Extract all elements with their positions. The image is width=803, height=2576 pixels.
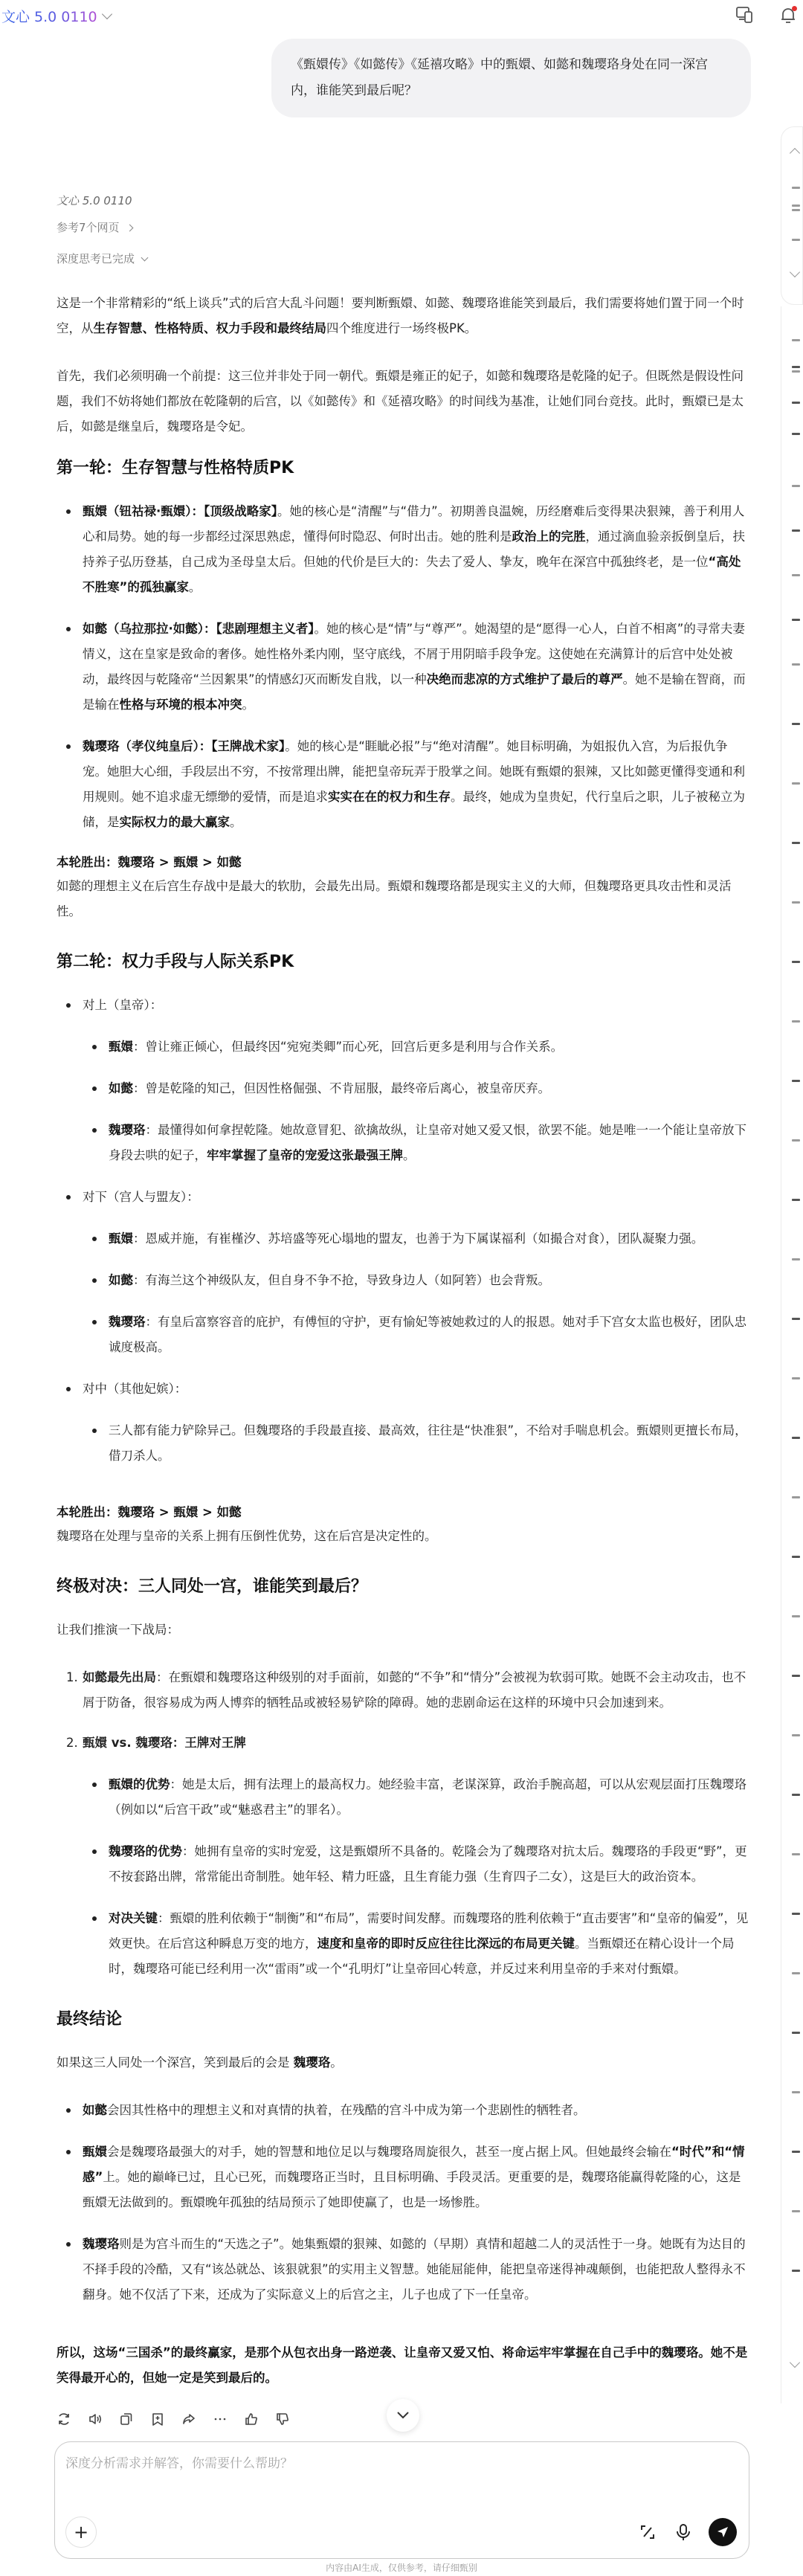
outline-nav-pill bbox=[781, 126, 803, 305]
conclusion-heading: 最终结论 bbox=[57, 2007, 752, 2032]
list-item: 如懿会因其性格中的理想主义和对真情的执着，在残酷的宫斗中成为第一个悲剧性的牺牲者… bbox=[83, 2098, 752, 2123]
step-item: 2.甄嬛 vs. 魏璎珞：王牌对王牌 甄嬛的优势：她是太后，拥有法理上的最高权力… bbox=[83, 1730, 752, 1982]
chevron-down-icon bbox=[396, 2411, 410, 2420]
list-item: 甄嬛的优势：她是太后，拥有法理上的最高权力。她经验丰富，老谋深算，政治手腕高超，… bbox=[109, 1772, 752, 1823]
references-toggle[interactable]: 参考7个网页 bbox=[57, 212, 752, 243]
outline-mark[interactable] bbox=[792, 1675, 800, 1677]
attach-button[interactable]: + bbox=[65, 2517, 97, 2548]
outline-mark[interactable] bbox=[792, 1972, 800, 1974]
outline-mark[interactable] bbox=[792, 433, 800, 435]
round1-list: 甄嬛（钮祜禄·甄嬛）：【顶级战略家】。她的核心是“清醒”与“借力”。初期善良温婉… bbox=[57, 499, 752, 835]
scroll-to-bottom-button[interactable] bbox=[387, 2399, 419, 2432]
outline-mark[interactable] bbox=[792, 2210, 800, 2212]
outline-mark[interactable] bbox=[792, 1913, 800, 1915]
scan-icon bbox=[639, 2524, 656, 2540]
outline-marks bbox=[781, 306, 803, 2403]
list-item: 甄嬛：恩威并施，有崔槿汐、苏培盛等死心塌地的盟友，也善于为下属谋福利（如撮合对食… bbox=[109, 1226, 752, 1252]
premise-paragraph: 首先，我们必须明确一个前提：这三位并非处于同一朝代。甄嬛是雍正的妃子，如懿和魏璎… bbox=[57, 364, 752, 439]
final-statement: 所以，这场“三国杀”的最终赢家，是那个从包衣出身一路逆袭、让皇帝又爱又怕、将命运… bbox=[57, 2340, 752, 2391]
outline-down-icon[interactable] bbox=[790, 267, 800, 277]
final-battle-steps: 1.如懿最先出局：在甄嬛和魏璎珞这种级别的对手面前，如懿的“不争”和“情分”会被… bbox=[57, 1665, 752, 1982]
group-item: 对下（宫人与盟友）： 甄嬛：恩威并施，有崔槿汐、苏培盛等死心塌地的盟友，也善于为… bbox=[83, 1185, 752, 1360]
conclusion-lead: 如果这三人同处一个深宫，笑到最后的会是 魏璎珞。 bbox=[57, 2050, 752, 2076]
outline-mark[interactable] bbox=[792, 723, 800, 725]
user-message-bubble: 《甄嬛传》《如懿传》《延禧攻略》中的甄嬛、如懿和魏璎珞身处在同一深宫内，谁能笑到… bbox=[271, 39, 751, 117]
outline-mark[interactable] bbox=[792, 782, 800, 785]
final-battle-heading: 终极对决：三人同处一宫，谁能笑到最后？ bbox=[57, 1574, 752, 1600]
outline-mark[interactable] bbox=[792, 1020, 800, 1023]
outline-mark[interactable] bbox=[792, 842, 800, 844]
outline-rail[interactable] bbox=[781, 0, 803, 2395]
thumbs-up-button[interactable] bbox=[244, 2412, 259, 2427]
more-icon bbox=[213, 2412, 228, 2427]
plus-icon: + bbox=[74, 2522, 88, 2543]
outline-mark[interactable] bbox=[792, 1496, 800, 1498]
thinking-toggle[interactable]: 深度思考已完成 bbox=[57, 243, 752, 274]
assistant-answer: 文心 5.0 0110 参考7个网页 深度思考已完成 这是一个非常精彩的“纸上谈… bbox=[57, 190, 752, 2427]
intro-paragraph: 这是一个非常精彩的“纸上谈兵”式的后宫大乱斗问题！要判断甄嬛、如懿、魏璎珞谁能笑… bbox=[57, 291, 752, 341]
step-item: 1.如懿最先出局：在甄嬛和魏璎珞这种级别的对手面前，如懿的“不争”和“情分”会被… bbox=[83, 1665, 752, 1716]
thumbs-down-icon bbox=[275, 2412, 290, 2427]
outline-mark[interactable] bbox=[792, 187, 800, 189]
outline-mark[interactable] bbox=[792, 1794, 800, 1796]
round1-summary: 如懿的理想主义在后宫生存战中是最大的软肋，会最先出局。甄嬛和魏璎珞都是现实主义的… bbox=[57, 874, 752, 924]
chevron-down-icon bbox=[102, 9, 112, 19]
outline-mark[interactable] bbox=[792, 485, 800, 487]
thinking-status: 深度思考已完成 bbox=[57, 243, 135, 274]
outline-mark[interactable] bbox=[792, 402, 800, 404]
microphone-icon bbox=[676, 2523, 691, 2541]
outline-mark[interactable] bbox=[792, 961, 800, 963]
chat-input-box: + bbox=[54, 2441, 749, 2559]
list-item: 魏璎珞：最懂得如何拿捏乾隆。她故意冒犯、欲擒故纵，让皇帝对她又爱又恨，欲罢不能。… bbox=[109, 1118, 752, 1168]
chevron-down-icon bbox=[141, 254, 149, 261]
voice-input-button[interactable] bbox=[673, 2522, 694, 2543]
outline-mark[interactable] bbox=[792, 1615, 800, 1617]
outline-mark[interactable] bbox=[792, 663, 800, 666]
round2-winner: 本轮胜出：魏璎珞 > 甄嬛 > 如懿 bbox=[57, 1501, 752, 1524]
outline-mark[interactable] bbox=[792, 366, 800, 368]
bookmark-button[interactable] bbox=[150, 2412, 165, 2427]
outline-mark[interactable] bbox=[792, 1318, 800, 1320]
answer-model-label: 文心 5.0 0110 bbox=[57, 190, 752, 212]
outline-mark[interactable] bbox=[792, 239, 800, 241]
round2-list: 对上（皇帝）： 甄嬛：曾让雍正倾心，但最终因“宛宛类卿”而心死，回宫后更多是利用… bbox=[57, 993, 752, 1469]
chevron-right-icon bbox=[126, 224, 133, 231]
more-button[interactable] bbox=[213, 2412, 228, 2427]
outline-mark[interactable] bbox=[792, 370, 800, 373]
list-item: 魏璎珞（孝仪纯皇后）：【王牌战术家】。她的核心是“睚眦必报”与“绝对清醒”。她目… bbox=[83, 734, 752, 835]
devices-button[interactable] bbox=[735, 4, 755, 25]
list-item: 对决关键：甄嬛的胜利依赖于“制衡”和“布局”，需要时间发酵。而魏璎珞的胜利依赖于… bbox=[109, 1906, 752, 1982]
outline-mark[interactable] bbox=[792, 901, 800, 904]
round2-heading: 第二轮：权力手段与人际关系PK bbox=[57, 950, 752, 975]
outline-mark[interactable] bbox=[792, 2151, 800, 2153]
final-battle-intro: 让我们推演一下战局： bbox=[57, 1617, 752, 1643]
outline-down-icon[interactable] bbox=[790, 2357, 800, 2368]
group-item: 对上（皇帝）： 甄嬛：曾让雍正倾心，但最终因“宛宛类卿”而心死，回宫后更多是利用… bbox=[83, 993, 752, 1168]
input-tools bbox=[637, 2518, 737, 2546]
list-item: 如懿（乌拉那拉·如懿）：【悲剧理想主义者】。她的核心是“情”与“尊严”。她渴望的… bbox=[83, 616, 752, 718]
send-button[interactable] bbox=[709, 2518, 737, 2546]
outline-mark[interactable] bbox=[792, 1080, 800, 1082]
outline-mark[interactable] bbox=[792, 1258, 800, 1260]
copy-button[interactable] bbox=[119, 2412, 134, 2427]
outline-mark[interactable] bbox=[792, 1377, 800, 1379]
read-aloud-button[interactable] bbox=[88, 2412, 103, 2427]
outline-mark[interactable] bbox=[792, 209, 800, 211]
model-name: 文心 5.0 0110 bbox=[1, 6, 97, 26]
list-item: 魏璎珞的优势：她拥有皇帝的实时宠爱，这是甄嬛所不具备的。乾隆会为了魏璎珞对抗太后… bbox=[109, 1839, 752, 1890]
list-item: 如懿：有海兰这个神级队友，但自身不争不抢，导致身边人（如阿箬）也会背叛。 bbox=[109, 1268, 752, 1293]
outline-mark[interactable] bbox=[792, 2032, 800, 2034]
read-aloud-icon bbox=[88, 2412, 103, 2427]
share-button[interactable] bbox=[181, 2412, 196, 2427]
conclusion-list: 如懿会因其性格中的理想主义和对真情的执着，在残酷的宫斗中成为第一个悲剧性的牺牲者… bbox=[57, 2098, 752, 2308]
outline-mark[interactable] bbox=[792, 1734, 800, 1736]
list-item: 魏璎珞：有皇后富察容音的庇护，有傅恒的守护，更有愉妃等被她救过的人的报恩。她对手… bbox=[109, 1310, 752, 1360]
list-item: 甄嬛会是魏璎珞最强大的对手，她的智慧和地位足以与魏璎珞周旋很久，甚至一度占据上风… bbox=[83, 2139, 752, 2215]
round2-summary: 魏璎珞在处理与皇帝的关系上拥有压倒性优势，这在后宫是决定性的。 bbox=[57, 1524, 752, 1549]
share-icon bbox=[181, 2412, 196, 2427]
outline-mark[interactable] bbox=[792, 2091, 800, 2093]
chat-input[interactable] bbox=[65, 2453, 735, 2497]
round1-winner: 本轮胜出：魏璎珞 > 甄嬛 > 如懿 bbox=[57, 851, 752, 874]
references-label: 参考7个网页 bbox=[57, 212, 120, 243]
regenerate-button[interactable] bbox=[57, 2412, 71, 2427]
outline-up-icon[interactable] bbox=[790, 148, 800, 158]
thumbs-up-icon bbox=[244, 2412, 259, 2427]
screenshot-button[interactable] bbox=[637, 2522, 658, 2543]
ai-disclaimer: 内容由AI生成，仅供参考，请仔细甄别 bbox=[0, 2561, 803, 2574]
round1-heading: 第一轮：生存智慧与性格特质PK bbox=[57, 456, 752, 481]
list-item: 魏璎珞则是为宫斗而生的“天选之子”。她集甄嬛的狠辣、如懿的（早期）真情和超越二人… bbox=[83, 2232, 752, 2308]
list-item: 三人都有能力铲除异己。但魏璎珞的手段最直接、最高效，往往是“快准狠”，不给对手喘… bbox=[109, 1418, 752, 1469]
regenerate-icon bbox=[57, 2412, 71, 2427]
devices-icon bbox=[735, 6, 755, 24]
model-switcher[interactable]: 文心 5.0 0110 bbox=[1, 6, 111, 26]
outline-mark[interactable] bbox=[792, 1853, 800, 1855]
outline-mark[interactable] bbox=[792, 529, 800, 532]
outline-mark[interactable] bbox=[792, 574, 800, 576]
outline-mark[interactable] bbox=[792, 619, 800, 621]
send-icon bbox=[716, 2525, 729, 2539]
outline-mark[interactable] bbox=[792, 1199, 800, 1201]
outline-mark[interactable] bbox=[792, 1437, 800, 1439]
group-item: 对中（其他妃嫔）： 三人都有能力铲除异己。但魏璎珞的手段最直接、最高效，往往是“… bbox=[83, 1376, 752, 1469]
outline-mark[interactable] bbox=[792, 339, 800, 341]
bookmark-icon bbox=[150, 2412, 165, 2427]
thumbs-down-button[interactable] bbox=[275, 2412, 290, 2427]
outline-mark[interactable] bbox=[792, 2270, 800, 2272]
list-item: 甄嬛：曾让雍正倾心，但最终因“宛宛类卿”而心死，回宫后更多是利用与合作关系。 bbox=[109, 1034, 752, 1060]
outline-mark[interactable] bbox=[792, 1139, 800, 1142]
top-bar: 文心 5.0 0110 bbox=[0, 0, 803, 33]
list-item: 如懿：曾是乾隆的知己，但因性格倔强、不肯屈服，最终帝后离心，被皇帝厌弃。 bbox=[109, 1076, 752, 1101]
list-item: 甄嬛（钮祜禄·甄嬛）：【顶级战略家】。她的核心是“清醒”与“借力”。初期善良温婉… bbox=[83, 499, 752, 600]
outline-mark[interactable] bbox=[792, 205, 800, 207]
outline-mark[interactable] bbox=[792, 1556, 800, 1558]
copy-icon bbox=[119, 2412, 134, 2427]
